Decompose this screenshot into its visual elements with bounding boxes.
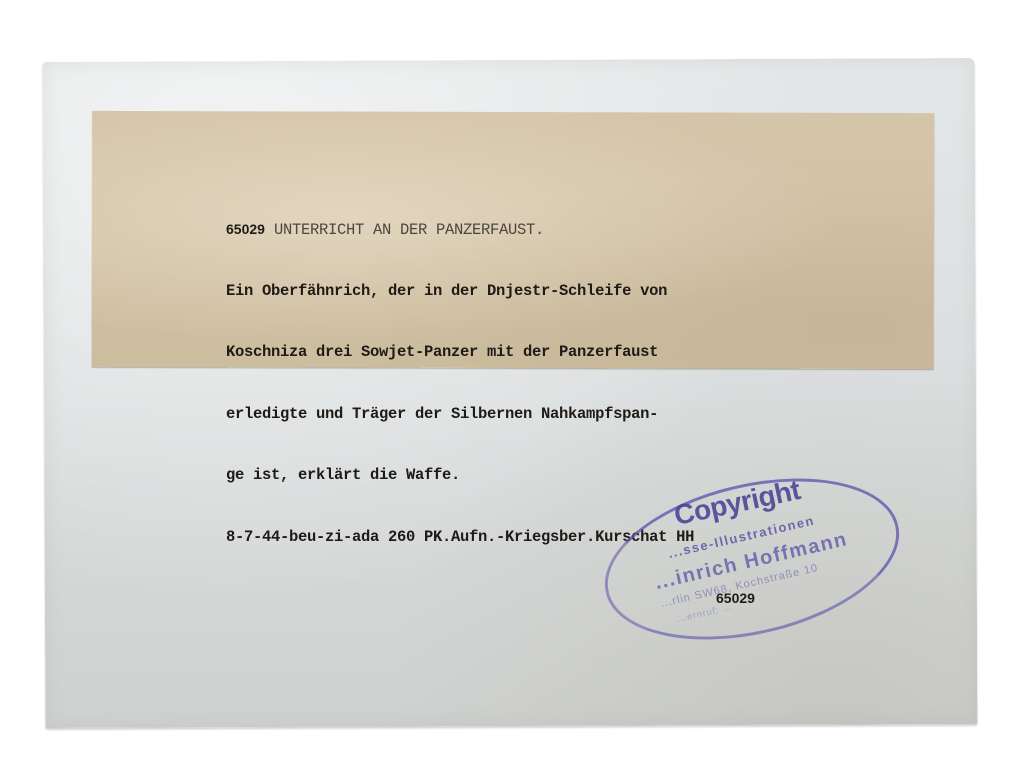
caption-number: 65029 <box>226 221 265 237</box>
photo-back-scene: 65029 UNTERRICHT AN DER PANZERFAUST. Ein… <box>0 0 1024 768</box>
caption-body-line: Koschniza drei Sowjet-Panzer mit der Pan… <box>226 342 755 363</box>
caption-header-line: 65029 UNTERRICHT AN DER PANZERFAUST. <box>226 219 755 240</box>
caption-body-line: erledigte und Träger der Silbernen Nahka… <box>226 404 755 425</box>
copyright-stamp: Copyright ...sse-Illustrationen ...inric… <box>596 470 908 648</box>
caption-body-line: Ein Oberfähnrich, der in der Dnjestr-Sch… <box>226 281 755 302</box>
caption-title: UNTERRICHT AN DER PANZERFAUST. <box>274 221 544 239</box>
